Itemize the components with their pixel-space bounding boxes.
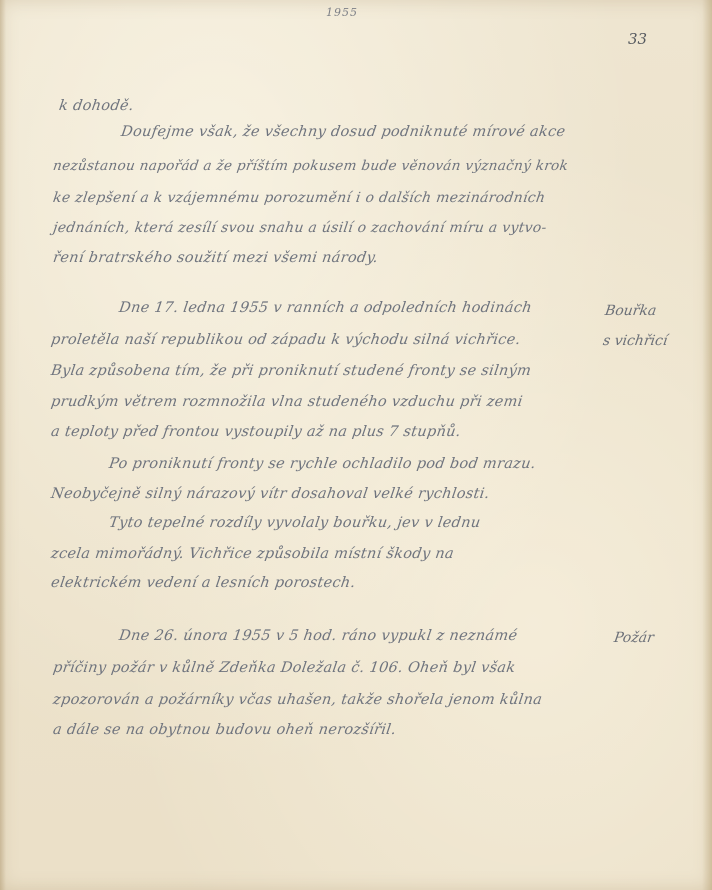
- text-line: Dne 26. února 1955 v 5 hod. ráno vypukl …: [118, 628, 518, 644]
- text-line: ke zlepšení a k vzájemnému porozumění i …: [52, 190, 546, 206]
- text-line: Doufejme však, že všechny dosud podniknu…: [120, 124, 566, 140]
- margin-note-fire: Požár: [613, 630, 655, 646]
- text-line: zpozorován a požárníky včas uhašen, takž…: [52, 692, 543, 708]
- text-line: jednáních, která zesílí svou snahu a úsi…: [52, 220, 548, 236]
- text-line: prudkým větrem rozmnožila vlna studeného…: [50, 394, 524, 410]
- text-line: nezůstanou napořád a že příštím pokusem …: [52, 158, 569, 174]
- page-number: 33: [628, 30, 647, 48]
- text-line: Neobyčejně silný nárazový vítr dosahoval…: [50, 486, 491, 502]
- handwritten-chronicle-page: 1955 33 k dohodě. Doufejme však, že všec…: [0, 0, 712, 890]
- text-line: proletěla naší republikou od západu k vý…: [50, 332, 522, 348]
- text-line: a dále se na obytnou budovu oheň nerozší…: [52, 722, 397, 738]
- margin-note-storm-1: Bouřka: [604, 303, 658, 319]
- text-line: elektrickém vedení a lesních porostech.: [50, 575, 357, 591]
- text-line: Byla způsobena tím, že při proniknutí st…: [50, 363, 532, 379]
- text-line: k dohodě.: [58, 98, 135, 114]
- text-line: Dne 17. ledna 1955 v ranních a odpolední…: [118, 300, 533, 316]
- text-line: příčiny požár v kůlně Zdeňka Doležala č.…: [52, 660, 516, 676]
- text-line: ření bratrského soužití mezi všemi národ…: [52, 250, 379, 266]
- text-line: Tyto tepelné rozdíly vyvolaly bouřku, je…: [108, 515, 482, 531]
- margin-note-storm-2: s vichřicí: [602, 333, 669, 349]
- header-year: 1955: [326, 6, 358, 19]
- text-line: Po proniknutí fronty se rychle ochladilo…: [108, 456, 537, 472]
- text-line: zcela mimořádný. Vichřice způsobila míst…: [50, 546, 455, 562]
- text-line: a teploty před frontou vystoupily až na …: [50, 424, 462, 440]
